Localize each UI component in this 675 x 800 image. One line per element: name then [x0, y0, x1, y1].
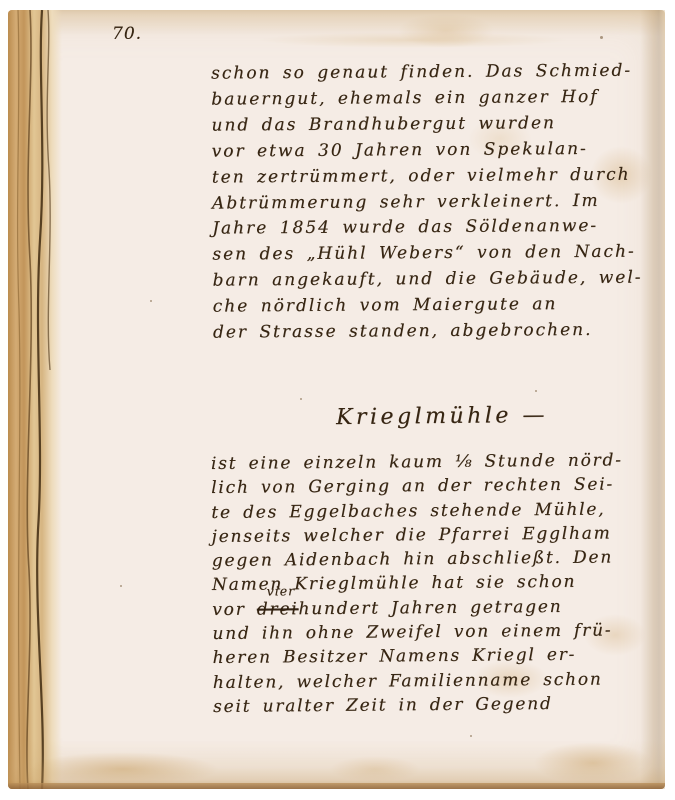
correction-inserted-word: vier	[267, 585, 296, 597]
manuscript-line: halten, welcher Familienname schon	[213, 667, 665, 695]
struck-text: drei	[257, 599, 299, 619]
paper-speck	[300, 398, 302, 400]
manuscript-line: che nördlich vom Maiergute an	[213, 292, 665, 321]
paper-bottom-edge	[8, 783, 665, 789]
paragraph-bottom: ist eine einzeln kaum ⅛ Stunde nörd- lic…	[211, 448, 665, 719]
manuscript-line: sen des „Hühl Webers“ von den Nach-	[212, 240, 664, 269]
manuscript-line: Jahre 1854 wurde das Söldenanwe-	[212, 214, 664, 243]
manuscript-line: seit uralter Zeit in der Gegend	[213, 691, 665, 719]
paper-speck	[150, 300, 152, 302]
binding-torn-edge	[8, 10, 62, 789]
binding-crease-lines	[8, 10, 62, 789]
manuscript-line: der Strasse standen, abgebrochen.	[213, 317, 665, 346]
manuscript-line: gegen Aidenbach hin abschließt. Den	[212, 545, 664, 573]
manuscript-line: vor etwa 30 Jahren von Spekulan-	[212, 136, 664, 165]
manuscript-line: ten zertrümmert, oder vielmehr durch	[212, 162, 664, 191]
paper-speck	[600, 36, 603, 39]
paper-speck	[120, 585, 122, 587]
stain	[258, 32, 568, 48]
correction-prefix: vor	[212, 599, 257, 619]
page-number: 70.	[112, 24, 142, 44]
correction-suffix: hundert Jahren getragen	[298, 597, 562, 619]
paper-speck	[535, 390, 537, 392]
paragraph-top: schon so genaut finden. Das Schmied- bau…	[211, 58, 665, 346]
paper-speck	[470, 735, 472, 737]
manuscript-line: Abtrümmerung sehr verkleinert. Im	[212, 188, 664, 217]
correction-struck-word: vierdrei	[257, 597, 299, 622]
manuscript-line: barn angekauft, und die Gebäude, wel-	[212, 266, 664, 295]
section-heading: Krieglmühle —	[336, 403, 548, 430]
manuscript-line: lich von Gerging an der rechten Sei-	[211, 472, 663, 500]
manuscript-scan: 70. schon so genaut finden. Das Schmied-…	[0, 0, 675, 800]
manuscript-line: schon so genaut finden. Das Schmied-	[211, 58, 663, 87]
paper-right-edge	[640, 10, 665, 789]
manuscript-line: bauerngut, ehemals ein ganzer Hof	[211, 84, 663, 113]
manuscript-line: und ihn ohne Zweifel von einem frü-	[212, 618, 664, 646]
paper-bottom-browning	[8, 740, 665, 789]
manuscript-line: und das Brandhubergut wurden	[211, 110, 663, 139]
